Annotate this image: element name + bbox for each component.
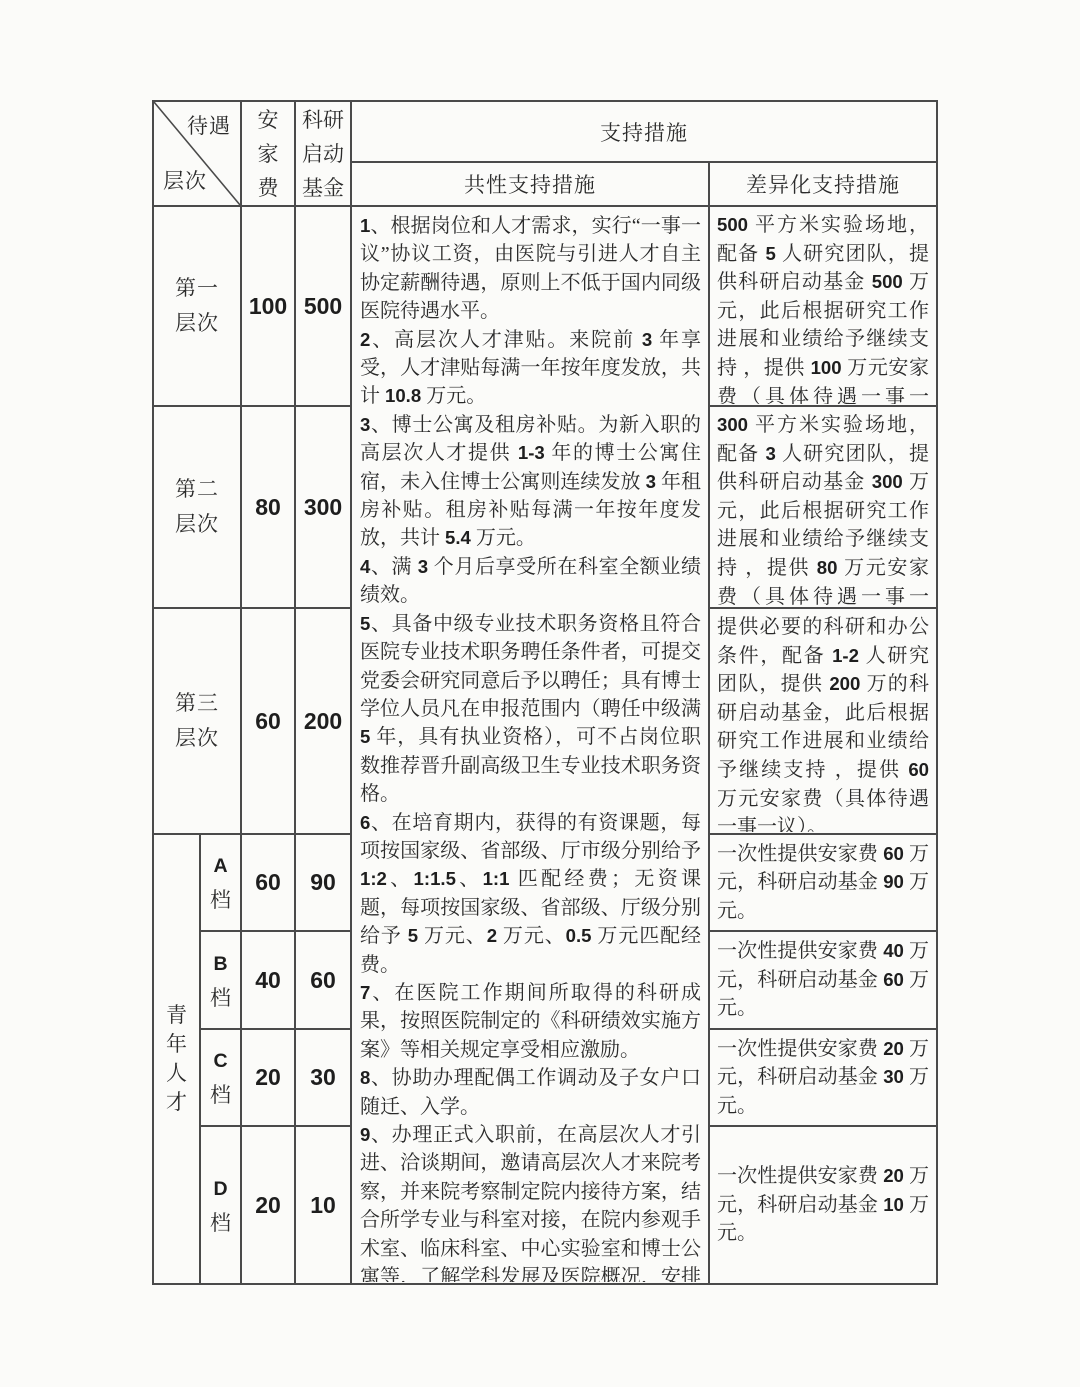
row-level-1: 第一层次 100 500 1、根据岗位和人才需求，实行“一事一议”协议工资，由医…	[153, 206, 937, 406]
tier-c-fund: 30	[295, 1029, 351, 1126]
header-startup-fund: 科研启动基金	[295, 101, 351, 206]
tier-d-label: D档	[200, 1126, 241, 1284]
tier-a-differential: 一次性提供安家费 60 万元，科研启动基金 90 万元。	[709, 834, 937, 931]
corner-label-treatment: 待遇	[187, 110, 231, 140]
tier-b-differential: 一次性提供安家费 40 万元，科研启动基金 60 万元。	[709, 931, 937, 1029]
corner-cell: 待遇 层次	[153, 101, 241, 206]
tier-b-settle: 40	[241, 931, 295, 1029]
common-support-item: 1、根据岗位和人才需求，实行“一事一议”协议工资，由医院与引进人才自主协定薪酬待…	[360, 212, 701, 326]
level-2-differential: 300 平方米实验场地，配备 3 人研究团队，提供科研启动基金 300 万元，此…	[709, 406, 937, 608]
tier-d-differential: 一次性提供安家费 20 万元，科研启动基金 10 万元。	[709, 1126, 937, 1284]
level-1-fund: 500	[295, 206, 351, 406]
level-2-label: 第二层次	[153, 406, 241, 608]
tier-c-label: C档	[200, 1029, 241, 1126]
common-support-cell: 1、根据岗位和人才需求，实行“一事一议”协议工资，由医院与引进人才自主协定薪酬待…	[351, 206, 709, 1284]
tier-a-label: A档	[200, 834, 241, 931]
level-2-fund: 300	[295, 406, 351, 608]
common-support-item: 5、具备中级专业技术职务资格且符合医院专业技术职务聘任条件者，可提交党委会研究同…	[360, 610, 701, 809]
common-support-item: 3、博士公寓及租房补贴。为新入职的高层次人才提供 1-3 年的博士公寓住宿，未入…	[360, 411, 701, 553]
header-row-1: 待遇 层次 安家费 科研启动基金 支持措施	[153, 101, 937, 162]
level-3-settle: 60	[241, 608, 295, 834]
level-2-settle: 80	[241, 406, 295, 608]
tier-c-settle: 20	[241, 1029, 295, 1126]
level-1-settle: 100	[241, 206, 295, 406]
header-settle-fee: 安家费	[241, 101, 295, 206]
level-3-differential: 提供必要的科研和办公条件，配备 1-2 人研究团队，提供 200 万的科研启动基…	[709, 608, 937, 834]
youth-talent-label: 青年人才	[153, 834, 200, 1284]
common-support-item: 9、办理正式入职前，在高层次人才引进、洽谈期间，邀请高层次人才来院考察，并来院考…	[360, 1121, 701, 1282]
header-common-support: 共性支持措施	[351, 162, 709, 206]
level-3-fund: 200	[295, 608, 351, 834]
level-3-label: 第三层次	[153, 608, 241, 834]
corner-label-level: 层次	[163, 165, 207, 195]
tier-d-fund: 10	[295, 1126, 351, 1284]
common-support-item: 2、高层次人才津贴。来院前 3 年享受，人才津贴每满一年按年度发放，共计 10.…	[360, 326, 701, 411]
benefits-table: 待遇 层次 安家费 科研启动基金 支持措施 共性支持措施 差异化支持措施 第一层…	[152, 100, 938, 1285]
tier-a-settle: 60	[241, 834, 295, 931]
document-page: 待遇 层次 安家费 科研启动基金 支持措施 共性支持措施 差异化支持措施 第一层…	[0, 0, 1080, 1387]
tier-b-label: B档	[200, 931, 241, 1029]
header-differential-support: 差异化支持措施	[709, 162, 937, 206]
level-1-label: 第一层次	[153, 206, 241, 406]
common-support-item: 8、协助办理配偶工作调动及子女户口随迁、入学。	[360, 1064, 701, 1121]
common-support-item: 4、满 3 个月后享受所在科室全额业绩绩效。	[360, 553, 701, 610]
tier-b-fund: 60	[295, 931, 351, 1029]
common-support-item: 6、在培育期内，获得的有资课题，每项按国家级、省部级、厅市级分别给予 1:2、1…	[360, 809, 701, 979]
tier-a-fund: 90	[295, 834, 351, 931]
common-support-item: 7、在医院工作期间所取得的科研成果，按照医院制定的《科研绩效实施方案》等相关规定…	[360, 979, 701, 1064]
level-1-differential: 500 平方米实验场地，配备 5 人研究团队，提供科研启动基金 500 万元，此…	[709, 206, 937, 406]
tier-c-differential: 一次性提供安家费 20 万元，科研启动基金 30 万元。	[709, 1029, 937, 1126]
header-support-measures: 支持措施	[351, 101, 937, 162]
tier-d-settle: 20	[241, 1126, 295, 1284]
